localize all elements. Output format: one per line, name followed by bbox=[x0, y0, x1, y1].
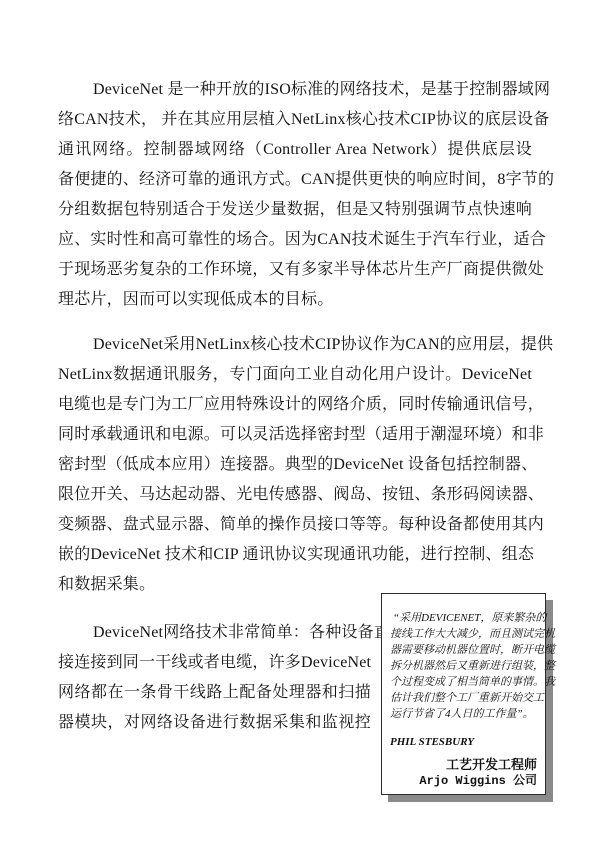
body-text-line: 变频器、盘式显示器、简单的操作员接口等等。每种设备都使用其内 bbox=[58, 510, 532, 540]
body-text-line: 分组数据包特别适合于发送少量数据，但是又特别强调节点快速响 bbox=[58, 195, 532, 225]
quote-text-line: 个过程变成了相当简单的事情。我 bbox=[390, 674, 537, 690]
body-text-line: NetLinx数据通讯服务，专门面向工业自动化用户设计。DeviceNet bbox=[58, 360, 532, 390]
quote-attribution-company: Arjo Wiggins 公司 bbox=[390, 774, 537, 789]
body-text-line: DeviceNet网络技术非常简单：各种设备直 bbox=[58, 618, 371, 648]
paragraph-1: DeviceNet 是一种开放的ISO标准的网络技术，是基于控制器域网 络CAN… bbox=[58, 75, 532, 315]
quote-text-line: 接线工作大大减少，而且测试完机 bbox=[390, 626, 537, 642]
body-text-line: 理芯片，因而可以实现低成本的目标。 bbox=[58, 285, 532, 315]
body-text-line: 网络都在一条骨干线路上配备处理器和扫描 bbox=[58, 678, 371, 708]
pull-quote-box: “采用DEVICENET，原来繁杂的 接线工作大大减少，而且测试完机 器需要移动… bbox=[381, 593, 546, 795]
quote-text-line: 拆分机器然后又重新进行组装，整 bbox=[390, 658, 537, 674]
quote-text-line: 器需要移动机器位置时，断开电缆 bbox=[390, 642, 537, 658]
body-text-line: 备便捷的、经济可靠的通讯方式。CAN提供更快的响应时间，8字节的 bbox=[58, 165, 532, 195]
body-text-line: DeviceNet采用NetLinx核心技术CIP协议作为CAN的应用层，提供 bbox=[58, 330, 532, 360]
quote-text-line: 运行节省了4人日的工作量”。 bbox=[390, 706, 537, 722]
body-text-line: 接连接到同一干线或者电缆，许多DeviceNet bbox=[58, 648, 371, 678]
quote-attribution-title: 工艺开发工程师 bbox=[390, 757, 537, 773]
body-text-line: 于现场恶劣复杂的工作环境，又有多家半导体芯片生产厂商提供微处 bbox=[58, 255, 532, 285]
document-page: DeviceNet 是一种开放的ISO标准的网络技术，是基于控制器域网 络CAN… bbox=[0, 0, 596, 842]
body-text-line: 络CAN技术， 并在其应用层植入NetLinx核心技术CIP协议的底层设备 bbox=[58, 105, 532, 135]
quote-text-line: “采用DEVICENET，原来繁杂的 bbox=[390, 610, 537, 626]
body-text-line: DeviceNet 是一种开放的ISO标准的网络技术，是基于控制器域网 bbox=[58, 75, 532, 105]
quote-attribution-name: PHIL STESBURY bbox=[390, 734, 537, 750]
body-text-line: 通讯网络。控制器域网络（Controller Area Network）提供底层… bbox=[58, 135, 532, 165]
body-text-line: 器模块，对网络设备进行数据采集和监视控 bbox=[58, 708, 371, 738]
paragraph-2: DeviceNet采用NetLinx核心技术CIP协议作为CAN的应用层，提供 … bbox=[58, 330, 532, 600]
body-text-line: 密封型（低成本应用）连接器。典型的DeviceNet 设备包括控制器、 bbox=[58, 450, 532, 480]
body-text-line: 电缆也是专门为工厂应用特殊设计的网络介质，同时传输通讯信号， bbox=[58, 390, 532, 420]
quote-text-line: 估计我们整个工厂重新开始交工 bbox=[390, 690, 537, 706]
paragraph-3: DeviceNet网络技术非常简单：各种设备直 接连接到同一干线或者电缆，许多D… bbox=[58, 618, 371, 738]
body-text-line: 同时承载通讯和电源。可以灵活选择密封型（适用于潮湿环境）和非 bbox=[58, 420, 532, 450]
body-text-line: 应、实时性和高可靠性的场合。因为CAN技术诞生于汽车行业，适合 bbox=[58, 225, 532, 255]
body-text-line: 限位开关、马达起动器、光电传感器、阀岛、按钮、条形码阅读器、 bbox=[58, 480, 532, 510]
body-text-line: 嵌的DeviceNet 技术和CIP 通讯协议实现通讯功能，进行控制、组态 bbox=[58, 540, 532, 570]
